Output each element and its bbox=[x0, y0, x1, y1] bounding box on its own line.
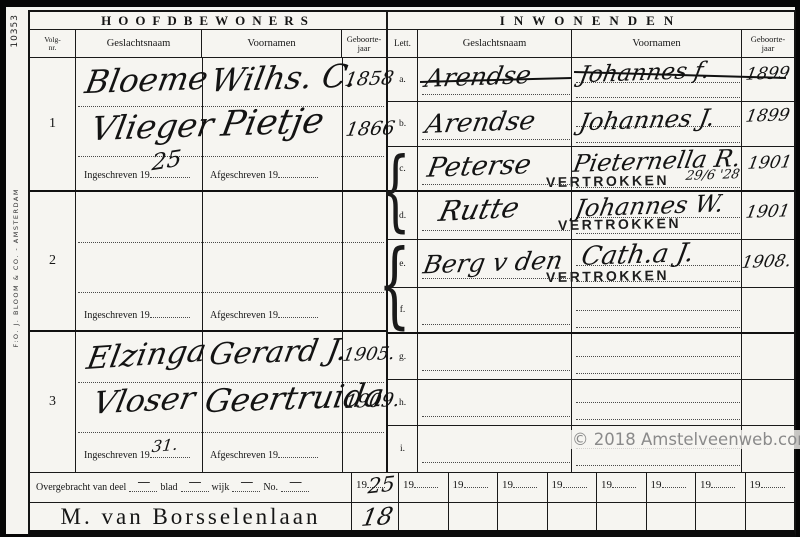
header-geslachtsnaam-left: Geslachtsnaam bbox=[76, 30, 202, 57]
dotted-blank bbox=[563, 479, 587, 488]
year-prefix: 19 bbox=[601, 479, 612, 491]
year-cell: 19 bbox=[696, 473, 746, 502]
year-cell: 19 bbox=[498, 473, 548, 502]
write-line bbox=[576, 356, 740, 357]
house-number-cell: 18 bbox=[352, 503, 399, 530]
year-cell: 19 bbox=[449, 473, 499, 502]
header-geslachtsnaam-right: Geslachtsnaam bbox=[418, 30, 572, 57]
year-cell: 19 bbox=[548, 473, 598, 502]
title-band: HOOFDBEWONERS INWONENDEN bbox=[30, 12, 794, 30]
volgnr-3: 3 bbox=[30, 332, 76, 472]
write-line bbox=[576, 327, 740, 328]
inwonenden-row-c: c. Peterse Pieternella R. 1901 VERTROKKE… bbox=[388, 147, 794, 192]
dotted-blank bbox=[150, 308, 190, 318]
birthyear-cell bbox=[742, 288, 794, 332]
ingeschreven-text: Ingeschreven 19 bbox=[84, 170, 150, 181]
header-voornamen-right: Voornamen bbox=[572, 30, 742, 57]
population-register-form: HOOFDBEWONERS INWONENDEN Volg- nr. Gesla… bbox=[28, 10, 796, 537]
surname-handwriting: Peterse bbox=[425, 151, 533, 182]
surname-handwriting: Arendse bbox=[423, 108, 537, 138]
year-prefix: 19 bbox=[552, 479, 563, 491]
birthyear-handwriting: 1901 bbox=[744, 203, 791, 221]
lett-c: c. bbox=[388, 147, 418, 190]
year-prefix: 19 bbox=[403, 479, 414, 491]
dotted-blank: — bbox=[129, 483, 157, 492]
dash-handwriting: — bbox=[137, 475, 150, 490]
dotted-blank bbox=[612, 479, 636, 488]
write-line bbox=[78, 432, 384, 433]
afgeschreven-text: Afgeschreven 19 bbox=[210, 450, 278, 461]
dash-handwriting: — bbox=[240, 475, 253, 490]
write-line bbox=[422, 94, 570, 95]
overgebracht-strip: Overgebracht van deel — blad — wijk — No… bbox=[30, 472, 794, 502]
afgeschreven-text: Afgeschreven 19 bbox=[210, 310, 278, 321]
ingeschreven-year-handwriting: 25 bbox=[151, 148, 182, 175]
dotted-blank: — bbox=[181, 483, 209, 492]
empty-cell bbox=[399, 503, 449, 530]
surname-handwriting: Berg v den bbox=[421, 248, 564, 278]
surname-handwriting: Bloeme bbox=[83, 62, 211, 98]
dash-handwriting: — bbox=[189, 475, 202, 490]
year-prefix: 19 bbox=[453, 479, 464, 491]
empty-cell bbox=[449, 503, 499, 530]
afgeschreven-label: Afgeschreven 19 bbox=[210, 308, 318, 321]
birthyear-handwriting: 1899 bbox=[744, 65, 791, 83]
write-line bbox=[576, 419, 740, 420]
dotted-blank bbox=[662, 479, 686, 488]
year-cell: 19 bbox=[647, 473, 697, 502]
birthyear-handwriting: 1908. bbox=[740, 253, 792, 272]
write-line bbox=[78, 156, 384, 157]
surname-handwriting: Arendse bbox=[423, 62, 533, 91]
inwonenden-row-a: a. Arendse Johannes f. 1899 bbox=[388, 58, 794, 102]
header-geboortejaar-right: Geboorte- jaar bbox=[742, 30, 794, 57]
empty-cell bbox=[548, 503, 598, 530]
ingeschreven-label: Ingeschreven 19 bbox=[84, 308, 190, 321]
header-volgnr-line2: nr. bbox=[49, 44, 57, 52]
write-line bbox=[78, 242, 384, 243]
volgnr-2: 2 bbox=[30, 192, 76, 330]
write-line bbox=[78, 292, 384, 293]
empty-cell bbox=[597, 503, 647, 530]
write-line bbox=[576, 142, 740, 143]
address-strip: M. van Borsselenlaan 18 bbox=[30, 502, 794, 530]
lett-e: e. bbox=[388, 240, 418, 287]
afgeschreven-text: Afgeschreven 19 bbox=[210, 170, 278, 181]
afgeschreven-label: Afgeschreven 19 bbox=[210, 168, 318, 181]
lett-i: i. bbox=[388, 426, 418, 472]
lett-f: f. bbox=[388, 288, 418, 332]
hoofdbewoners-entry-3: 3 Elzinga Gerard J. 1905. Vloser Geertru… bbox=[30, 332, 386, 472]
vertrokken-stamp: VERTROKKEN bbox=[546, 267, 669, 285]
inwonenden-row-h: h. bbox=[388, 380, 794, 426]
inwonenden-row-g: g. bbox=[388, 334, 794, 380]
write-line bbox=[422, 462, 570, 463]
dotted-blank bbox=[278, 448, 318, 458]
empty-cell bbox=[498, 503, 548, 530]
birthyear-handwriting: 1901 bbox=[746, 154, 793, 172]
hoofdbewoners-entry-1: 1 Bloeme Wilhs. C. 1858 Vlieger Pietje 1… bbox=[30, 58, 386, 192]
empty-cell bbox=[746, 503, 795, 530]
birthyear-cell bbox=[742, 380, 794, 425]
overgebracht-cell: Overgebracht van deel — blad — wijk — No… bbox=[30, 473, 352, 502]
dotted-blank bbox=[711, 479, 735, 488]
dotted-blank bbox=[513, 479, 537, 488]
inwonenden-panel: a. Arendse Johannes f. 1899 b. bbox=[388, 58, 794, 472]
lett-b: b. bbox=[388, 102, 418, 146]
write-line bbox=[576, 373, 740, 374]
street-name: M. van Borsselenlaan bbox=[30, 503, 352, 530]
lett-h: h. bbox=[388, 380, 418, 425]
ingeschreven-text: Ingeschreven 19 bbox=[84, 450, 150, 461]
lett-d: d. bbox=[388, 192, 418, 239]
header-geboortejaar-left-line2: jaar bbox=[358, 44, 371, 53]
firstnames-handwriting: Johannes J. bbox=[577, 106, 716, 135]
year-prefix: 19 bbox=[502, 479, 513, 491]
surname-cell bbox=[418, 426, 572, 472]
overgebracht-label-wijk: wijk bbox=[212, 482, 230, 493]
header-geboortejaar-right-line2: jaar bbox=[762, 44, 775, 53]
year-cell-written: 19 25 bbox=[352, 473, 399, 502]
year-prefix: 19 bbox=[700, 479, 711, 491]
lett-g: g. bbox=[388, 334, 418, 379]
inwonenden-row-b: b. Arendse Johannes J. 1899 bbox=[388, 102, 794, 147]
ingeschreven-text: Ingeschreven 19 bbox=[84, 310, 150, 321]
write-line bbox=[422, 370, 570, 371]
hoofdbewoners-entry-2: 2 Ingeschreven 19 Afgeschreven 19 bbox=[30, 192, 386, 332]
lett-a: a. bbox=[388, 58, 418, 101]
inwonenden-row-f: f. bbox=[388, 288, 794, 334]
form-serial-number: 10353 bbox=[10, 14, 20, 48]
year-value-handwriting: 25 bbox=[367, 474, 396, 498]
surname-cell bbox=[418, 288, 572, 332]
write-line bbox=[576, 97, 740, 98]
dotted-blank bbox=[278, 308, 318, 318]
firstnames-handwriting: Cath.a J. bbox=[579, 240, 696, 270]
house-number-handwriting: 18 bbox=[360, 504, 395, 530]
dotted-blank: — bbox=[281, 483, 309, 492]
birthyear-handwriting: 1899 bbox=[744, 107, 791, 125]
write-line bbox=[576, 233, 740, 234]
dotted-blank bbox=[464, 479, 488, 488]
year-cell: 19 bbox=[746, 473, 795, 502]
write-line bbox=[576, 465, 740, 466]
header-voornamen-left: Voornamen bbox=[202, 30, 342, 57]
dotted-blank bbox=[278, 168, 318, 178]
surname-cell bbox=[418, 334, 572, 379]
overgebracht-label-deel: Overgebracht van deel bbox=[36, 482, 126, 493]
write-line bbox=[422, 230, 570, 231]
afgeschreven-label: Afgeschreven 19 bbox=[210, 448, 318, 461]
form-body: 1 Bloeme Wilhs. C. 1858 Vlieger Pietje 1… bbox=[30, 58, 794, 472]
grid-line bbox=[342, 192, 343, 330]
header-geboortejaar-left: Geboorte- jaar bbox=[342, 30, 388, 57]
write-line bbox=[576, 402, 740, 403]
watermark: © 2018 Amstelveenweb.com bbox=[570, 430, 800, 449]
firstnames-handwriting: Gerard J. bbox=[207, 336, 350, 371]
volgnr-1: 1 bbox=[30, 58, 76, 190]
hoofdbewoners-title: HOOFDBEWONERS bbox=[30, 12, 388, 29]
year-prefix: 19 bbox=[750, 479, 761, 491]
empty-cell bbox=[696, 503, 746, 530]
dotted-blank bbox=[761, 479, 785, 488]
overgebracht-label-no: No. bbox=[263, 482, 278, 493]
write-line bbox=[422, 416, 570, 417]
overgebracht-label-blad: blad bbox=[160, 482, 177, 493]
ingeschreven-year-handwriting: 31. bbox=[151, 437, 179, 456]
grid-line bbox=[202, 192, 203, 330]
surname-handwriting: Rutte bbox=[436, 194, 522, 226]
surname-handwriting: Vlieger bbox=[89, 108, 217, 145]
inwonenden-title: INWONENDEN bbox=[388, 12, 794, 29]
vertrokken-stamp: VERTROKKEN bbox=[546, 172, 669, 190]
dotted-blank: — bbox=[232, 483, 260, 492]
year-cell: 19 bbox=[597, 473, 647, 502]
surname-cell bbox=[418, 380, 572, 425]
surname-handwriting: Elzinga bbox=[84, 336, 208, 375]
inwonenden-row-e: e. Berg v den Cath.a J. 1908. VERTROKKEN bbox=[388, 240, 794, 288]
birthyear-cell bbox=[742, 334, 794, 379]
surname-handwriting: Vloser bbox=[90, 383, 197, 419]
year-cell: 19 bbox=[399, 473, 449, 502]
printer-mark: F:O. J. BLOOM & CO. - AMSTERDAM bbox=[12, 188, 20, 348]
column-headers: Volg- nr. Geslachtsnaam Voornamen Geboor… bbox=[30, 30, 794, 58]
dotted-blank bbox=[414, 479, 438, 488]
firstnames-handwriting: Wilhs. C. bbox=[209, 60, 359, 97]
write-line bbox=[576, 310, 740, 311]
year-prefix: 19 bbox=[356, 479, 367, 491]
header-volgnr: Volg- nr. bbox=[30, 30, 76, 57]
firstnames-handwriting: Pietje bbox=[219, 104, 327, 143]
inwonenden-row-d: d. Rutte Johannes W. 1901 VERTROKKEN bbox=[388, 192, 794, 240]
stamp-date-handwriting: 29/6 '28 bbox=[685, 168, 741, 183]
hoofdbewoners-panel: 1 Bloeme Wilhs. C. 1858 Vlieger Pietje 1… bbox=[30, 58, 388, 472]
dash-handwriting: — bbox=[289, 475, 302, 490]
empty-cell bbox=[647, 503, 697, 530]
write-line bbox=[422, 324, 570, 325]
header-lett: Lett. bbox=[388, 30, 418, 57]
vertrokken-stamp: VERTROKKEN bbox=[558, 215, 681, 233]
year-prefix: 19 bbox=[651, 479, 662, 491]
